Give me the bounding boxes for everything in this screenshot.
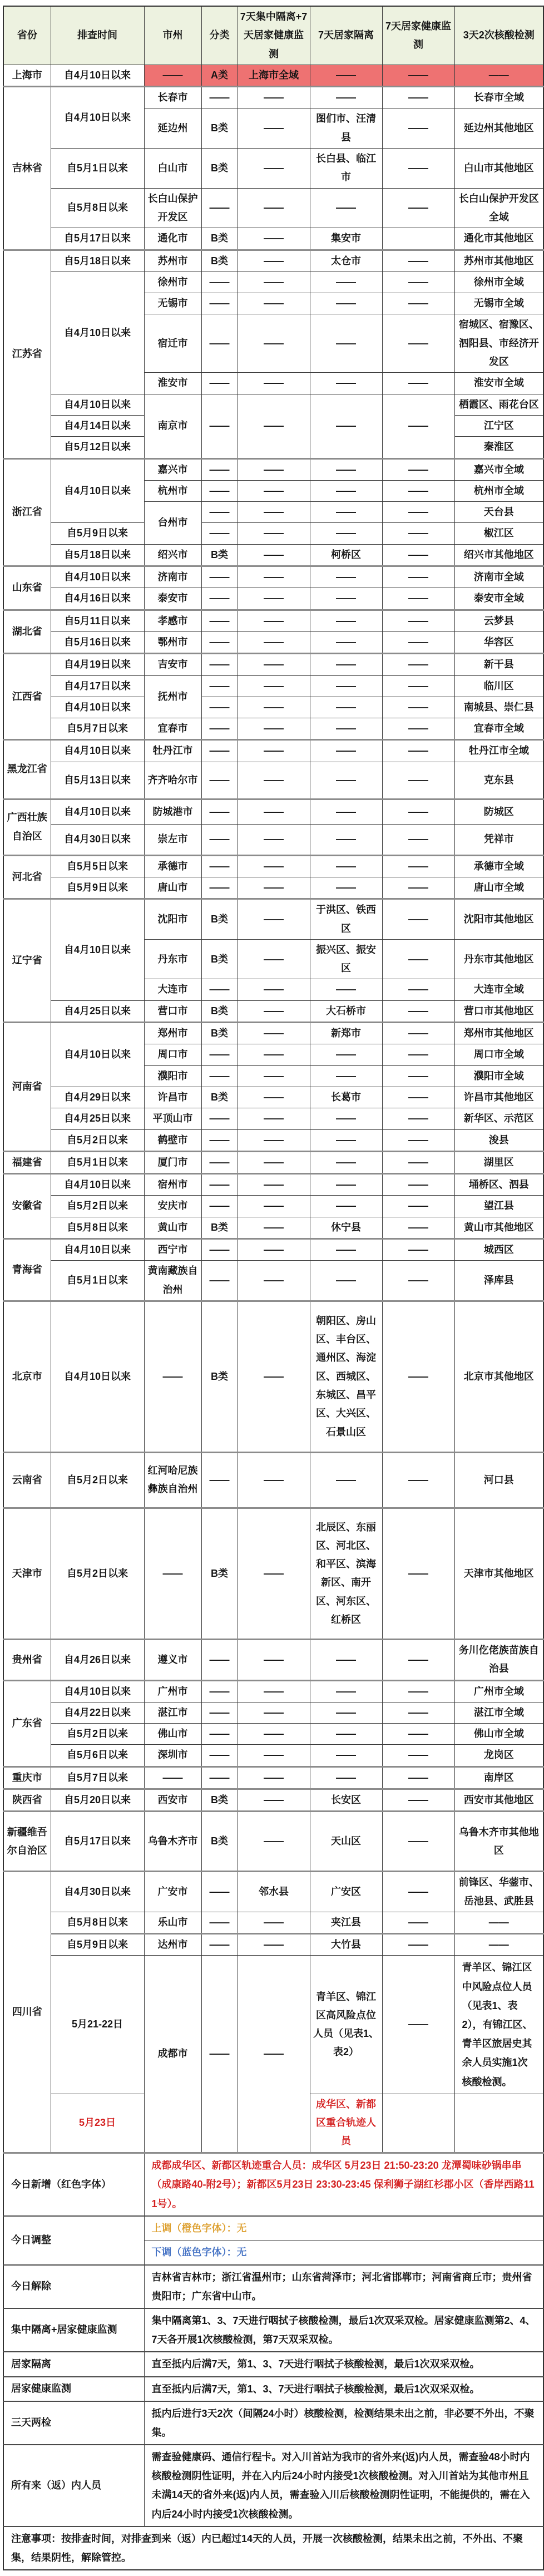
table-cell: —— (382, 314, 454, 373)
table-cell: —— (382, 458, 454, 480)
table-cell: 西安市其他地区 (454, 1789, 543, 1812)
table-cell: —— (238, 1108, 310, 1129)
table-cell: —— (382, 1639, 454, 1680)
table-cell: 厦门市 (144, 1151, 201, 1173)
table-cell: 安庆市 (144, 1196, 201, 1217)
section-label-cell: 居家健康监测 (3, 2377, 144, 2401)
table-row: 上海市自4月10日以来——A类上海市全域—————— (3, 65, 543, 86)
table-cell: 绍兴市 (144, 544, 201, 566)
table-cell: 自4月10日以来 (51, 65, 144, 86)
table-row: 自4月10日以来徐州市————————徐州市全域 (3, 272, 543, 293)
table-cell: —— (310, 523, 382, 544)
table-cell: —— (201, 588, 238, 610)
table-cell: —— (382, 1087, 454, 1108)
table-row: 自5月16日以来鄂州市————————华容区 (3, 631, 543, 653)
table-cell: 防城港市 (144, 799, 201, 824)
table-row: 贵州省自4月26日以来遵义市————————务川仡佬族苗族自治县 (3, 1639, 543, 1680)
table-cell: 天山区 (310, 1812, 382, 1872)
table-cell: 自4月10日以来 (51, 899, 144, 1000)
table-cell: —— (238, 588, 310, 610)
table-cell: —— (238, 610, 310, 631)
table-cell: —— (310, 394, 382, 458)
table-cell: —— (382, 373, 454, 394)
table-row: 自5月6日以来深圳市————————龙岗区 (3, 1745, 543, 1766)
table-cell: B类 (201, 899, 238, 940)
table-cell: 濮阳市 (144, 1065, 201, 1087)
table-cell: 自5月16日以来 (51, 631, 144, 653)
table-row: 自5月2日以来鹤壁市————————浚县 (3, 1129, 543, 1151)
table-cell: —— (201, 697, 238, 718)
section-label-cell: 今日调整 (3, 2216, 144, 2264)
table-cell: 广东省 (3, 1680, 51, 1766)
table-row: 自4月29日以来许昌市B类——长葛市——许昌市其他地区 (3, 1087, 543, 1108)
table-cell: —— (238, 394, 310, 458)
table-cell: —— (201, 87, 238, 108)
table-cell: 杭州市 (144, 480, 201, 501)
table-cell: 浚县 (454, 1129, 543, 1151)
table-cell: —— (238, 675, 310, 697)
table-cell: —— (238, 1239, 310, 1261)
table-cell: 许昌市其他地区 (454, 1087, 543, 1108)
table-row: 自5月9日以来————————椒江区 (3, 523, 543, 544)
column-header-7: 3天2次核酸检测 (454, 6, 543, 65)
table-cell: —— (382, 740, 454, 762)
table-cell: —— (310, 1044, 382, 1065)
table-row: 三天两检抵内后进行3天2次（间隔24小时）核酸检测，检测结果未出之前，非必要不外… (3, 2401, 543, 2445)
table-cell: —— (382, 87, 454, 108)
table-cell: 江苏省 (3, 250, 51, 458)
table-cell: —— (238, 1789, 310, 1812)
table-cell: —— (310, 799, 382, 824)
table-cell: 黑龙江省 (3, 740, 51, 799)
table-cell: 长春市全域 (454, 87, 543, 108)
table-cell: 集中隔离第1、3、7天进行咽拭子核酸检测，最后1次双采双检。居家健康监测第2、4… (144, 2308, 543, 2352)
table-cell: —— (382, 675, 454, 697)
table-cell: —— (238, 1639, 310, 1680)
table-cell: —— (201, 740, 238, 762)
table-cell: 自4月10日以来 (51, 740, 144, 762)
table-cell: 台州市 (144, 502, 201, 545)
table-cell: 大石桥市 (310, 1000, 382, 1022)
table-cell: —— (238, 87, 310, 108)
section-label-cell: 三天两检 (3, 2401, 144, 2445)
table-cell: —— (382, 654, 454, 675)
table-cell: B类 (201, 1508, 238, 1639)
table-row: 居家健康监测直至抵内后满7天，第1、3、7天进行咽拭子核酸检测，最后1次双采双检… (3, 2377, 543, 2401)
table-cell: —— (382, 979, 454, 1000)
table-cell: B类 (201, 1023, 238, 1044)
table-cell: 新疆维吾尔自治区 (3, 1812, 51, 1872)
table-cell: 郑州市其他地区 (454, 1023, 543, 1044)
table-cell: 自4月26日以来 (51, 1639, 144, 1680)
table-cell: —— (310, 458, 382, 480)
table-cell: —— (382, 480, 454, 501)
table-cell: —— (238, 654, 310, 675)
table-cell: 南岸区 (454, 1766, 543, 1789)
table-cell: —— (310, 293, 382, 314)
table-cell: —— (144, 1301, 201, 1452)
table-cell: 集安市 (310, 228, 382, 250)
table-cell: 长春市 (144, 87, 201, 108)
table-row: 辽宁省自4月10日以来沈阳市B类——于洪区、铁西区——沈阳市其他地区 (3, 899, 543, 940)
table-cell: 通化市 (144, 228, 201, 250)
table-cell: 自5月2日以来 (51, 1452, 144, 1508)
table-cell: 白山市 (144, 149, 201, 189)
table-cell: —— (201, 1702, 238, 1723)
table-cell: —— (238, 1812, 310, 1872)
table-cell: 云南省 (3, 1452, 51, 1508)
table-cell: —— (201, 654, 238, 675)
table-cell: —— (238, 373, 310, 394)
table-cell: 湛江市 (144, 1702, 201, 1723)
table-row: 广西壮族自治区自4月10日以来防城港市————————防城区 (3, 799, 543, 824)
table-row: 自4月10日以来南京市————————栖霞区、雨花台区 (3, 394, 543, 415)
table-cell: —— (382, 762, 454, 799)
section-label-cell: 今日解除 (3, 2265, 144, 2308)
table-cell: —— (382, 939, 454, 979)
table-cell: —— (238, 1702, 310, 1723)
table-row: 自5月8日以来长白山保护开发区————————长白山保护开发区全域 (3, 188, 543, 228)
table-cell: 乐山市 (144, 1912, 201, 1933)
table-cell: —— (201, 1912, 238, 1933)
table-cell: 浙江省 (3, 458, 51, 566)
table-row: 自5月1日以来白山市B类——长白县、临江市——白山市其他地区 (3, 149, 543, 189)
table-cell: 平顶山市 (144, 1108, 201, 1129)
table-cell: 新干县 (454, 654, 543, 675)
table-cell: B类 (201, 1301, 238, 1452)
table-row: 自4月25日以来营口市B类——大石桥市——营口市其他地区 (3, 1000, 543, 1022)
table-cell: 鄂州市 (144, 631, 201, 653)
table-cell: —— (201, 394, 238, 458)
table-cell: 自4月29日以来 (51, 1087, 144, 1108)
table-row: 5月21-22日成都市————青羊区、锦江区高风险点位人员（见表1、表2）——青… (3, 1956, 543, 2094)
table-cell: 承德市全域 (454, 855, 543, 877)
table-cell: —— (310, 697, 382, 718)
table-cell: —— (382, 1956, 454, 2094)
table-row: 重庆市自5月7日以来——————————南岸区 (3, 1766, 543, 1789)
table-cell: —— (238, 697, 310, 718)
table-cell: 泽库县 (454, 1261, 543, 1301)
table-cell: 注意事项：按排查时间，对排查到来（返）内已超过14天的人员，开展一次核酸检测，结… (3, 2526, 543, 2570)
table-cell: —— (201, 877, 238, 899)
table-cell: 济南市全域 (454, 566, 543, 588)
table-cell: 埇桥区、泗县 (454, 1174, 543, 1196)
table-cell: —— (201, 1239, 238, 1261)
table-cell: 下调（蓝色字体）：无 (144, 2241, 543, 2265)
table-cell: 自5月8日以来 (51, 188, 144, 228)
table-cell: —— (201, 502, 238, 523)
table-cell: —— (201, 1174, 238, 1196)
table-cell: —— (201, 1934, 238, 1956)
table-cell: 湖里区 (454, 1151, 543, 1173)
table-cell: 无锡市 (144, 293, 201, 314)
table-cell: 丹东市其他地区 (454, 939, 543, 979)
table-cell: 自5月1日以来 (51, 1151, 144, 1173)
table-cell: 自4月10日以来 (51, 87, 144, 149)
table-cell: —— (382, 1196, 454, 1217)
table-cell: 佛山市全域 (454, 1724, 543, 1745)
table-cell: 长安区 (310, 1789, 382, 1812)
table-cell: 自4月25日以来 (51, 1108, 144, 1129)
table-cell: 天津市其他地区 (454, 1508, 543, 1639)
table-cell: —— (382, 1174, 454, 1196)
table-cell: 自4月10日以来 (51, 697, 144, 718)
table-cell: B类 (201, 544, 238, 566)
table-cell: 云梦县 (454, 610, 543, 631)
table-cell: —— (382, 1724, 454, 1745)
table-cell: —— (310, 1108, 382, 1129)
table-cell: —— (310, 566, 382, 588)
table-cell: 自4月25日以来 (51, 1000, 144, 1022)
table-cell: 郑州市 (144, 1023, 201, 1044)
table-cell: 唐山市全域 (454, 877, 543, 899)
table-cell: 孝感市 (144, 610, 201, 631)
table-cell: 青羊区、锦江区高风险点位人员（见表1、表2） (310, 1956, 382, 2094)
table-cell: 自5月8日以来 (51, 1912, 144, 1933)
table-cell: —— (238, 1724, 310, 1745)
table-cell: 自4月14日以来 (51, 415, 144, 436)
table-cell: —— (238, 108, 310, 149)
table-cell: 乌鲁木齐市其他地区 (454, 1812, 543, 1872)
table-cell: —— (310, 272, 382, 293)
table-cell: —— (310, 373, 382, 394)
table-cell: 江西省 (3, 654, 51, 740)
table-cell: —— (382, 65, 454, 86)
table-cell: —— (201, 1724, 238, 1745)
table-row: 居家隔离直至抵内后满7天，第1、3、7天进行咽拭子核酸检测，最后1次双采双检。 (3, 2352, 543, 2376)
table-cell: —— (310, 480, 382, 501)
table-cell: 上调（橙色字体）：无 (144, 2216, 543, 2241)
table-cell: 辽宁省 (3, 899, 51, 1023)
table-cell: 图们市、汪清县 (310, 108, 382, 149)
table-cell: —— (238, 293, 310, 314)
table-cell: —— (201, 1151, 238, 1173)
table-cell: 黄山市 (144, 1217, 201, 1238)
table-cell: —— (382, 272, 454, 293)
table-cell: —— (382, 1766, 454, 1789)
table-cell: 直至抵内后满7天，第1、3、7天进行咽拭子核酸检测，最后1次双采双检。 (144, 2377, 543, 2401)
table-cell: —— (144, 1766, 201, 1789)
table-cell: —— (382, 1301, 454, 1452)
table-cell: B类 (201, 1087, 238, 1108)
table-cell: 广安区 (310, 1872, 382, 1912)
table-cell: —— (238, 740, 310, 762)
table-cell: —— (382, 394, 454, 458)
table-cell: —— (382, 1508, 454, 1639)
table-cell: —— (382, 799, 454, 824)
table-cell: 望江县 (454, 1196, 543, 1217)
table-cell: 自5月2日以来 (51, 1724, 144, 1745)
table-row: 注意事项：按排查时间，对排查到来（返）内已超过14天的人员，开展一次核酸检测，结… (3, 2526, 543, 2570)
table-cell: 苏州市 (144, 250, 201, 272)
table-cell: —— (238, 228, 310, 250)
table-row: 自4月16日以来泰安市————————泰安市全域 (3, 588, 543, 610)
table-cell: —— (201, 1044, 238, 1065)
table-cell: 龙岗区 (454, 1745, 543, 1766)
table-cell: B类 (201, 1217, 238, 1238)
table-cell: —— (382, 1934, 454, 1956)
table-cell: 许昌市 (144, 1087, 201, 1108)
column-header-5: 7天居家隔离 (310, 6, 382, 65)
table-cell: —— (201, 1108, 238, 1129)
table-cell: 崇左市 (144, 824, 201, 855)
table-cell: 休宁县 (310, 1217, 382, 1238)
table-cell: —— (310, 979, 382, 1000)
table-cell: —— (454, 1934, 543, 1956)
section-label-cell: 居家隔离 (3, 2352, 144, 2376)
table-cell: —— (382, 1108, 454, 1129)
table-cell: 自5月17日以来 (51, 1812, 144, 1872)
table-cell: 达州市 (144, 1934, 201, 1956)
table-cell: —— (201, 314, 238, 373)
table-cell: —— (382, 697, 454, 718)
table-cell: 青海省 (3, 1239, 51, 1301)
table-row: 自5月13日以来齐齐哈尔市————————克东县 (3, 762, 543, 799)
table-cell: B类 (201, 228, 238, 250)
table-cell: —— (238, 1151, 310, 1173)
table-cell: —— (238, 188, 310, 228)
table-cell: —— (382, 1065, 454, 1087)
table-cell: —— (310, 65, 382, 86)
table-cell: 宿城区、宿豫区、泗阳县、市经济开发区 (454, 314, 543, 373)
table-cell: 自5月18日以来 (51, 544, 144, 566)
table-cell: —— (238, 1023, 310, 1044)
table-cell: 抚州市 (144, 675, 201, 718)
table-cell: —— (382, 188, 454, 228)
table-cell: 长白县、临江市 (310, 149, 382, 189)
table-cell: —— (382, 1261, 454, 1301)
table-cell: 周口市全域 (454, 1044, 543, 1065)
table-cell: —— (238, 1196, 310, 1217)
table-cell: 南城县、崇仁县 (454, 697, 543, 718)
table-cell: 天津市 (3, 1508, 51, 1639)
table-cell: —— (382, 149, 454, 189)
table-cell: —— (310, 1239, 382, 1261)
table-cell: —— (382, 1812, 454, 1872)
table-cell: 吉安市 (144, 654, 201, 675)
table-cell: —— (382, 566, 454, 588)
table-cell: —— (238, 1934, 310, 1956)
table-cell: —— (238, 1766, 310, 1789)
table-cell: 于洪区、铁西区 (310, 899, 382, 940)
table-cell: 自4月22日以来 (51, 1702, 144, 1723)
table-cell: —— (310, 502, 382, 523)
table-cell: 承德市 (144, 855, 201, 877)
table-cell: —— (382, 1044, 454, 1065)
table-cell: —— (382, 1129, 454, 1151)
table-cell: —— (201, 1680, 238, 1702)
table-cell: —— (382, 855, 454, 877)
table-cell: 自4月10日以来 (51, 394, 144, 415)
table-row: 江西省自4月19日以来吉安市————————新干县 (3, 654, 543, 675)
table-cell: —— (310, 1065, 382, 1087)
table-cell: —— (382, 1000, 454, 1022)
table-cell: —— (201, 188, 238, 228)
table-cell: 朝阳区、房山区、丰台区、通州区、海淀区、西城区、东城区、昌平区、大兴区、石景山区 (310, 1301, 382, 1452)
table-row: 福建省自5月1日以来厦门市————————湖里区 (3, 1151, 543, 1173)
table-cell: 河北省 (3, 855, 51, 899)
table-cell: 青羊区、锦江区中风险点位人员（见表1、表2），有锦江区、青羊区旅居史其余人员实施… (454, 1956, 543, 2094)
table-cell: 柯桥区 (310, 544, 382, 566)
table-cell: —— (382, 1789, 454, 1812)
table-cell: 齐齐哈尔市 (144, 762, 201, 799)
table-cell: 北辰区、东丽区、河北区、和平区、滨海新区、南开区、河东区、红桥区 (310, 1508, 382, 1639)
table-cell: 5月21-22日 (51, 1956, 144, 2094)
table-row: 自5月18日以来绍兴市B类——柯桥区——绍兴市其他地区 (3, 544, 543, 566)
table-cell: —— (201, 1065, 238, 1087)
table-cell: —— (310, 740, 382, 762)
column-header-0: 省份 (3, 6, 51, 65)
table-cell: —— (310, 1724, 382, 1745)
table-cell: B类 (201, 1000, 238, 1022)
table-cell: 深圳市 (144, 1745, 201, 1766)
table-cell: —— (382, 108, 454, 149)
table-cell: 鹤壁市 (144, 1129, 201, 1151)
table-cell: 凭祥市 (454, 824, 543, 855)
table-cell: 嘉兴市全域 (454, 458, 543, 480)
table-cell: —— (201, 373, 238, 394)
table-cell: —— (144, 1508, 201, 1639)
table-cell: 自4月30日以来 (51, 1872, 144, 1912)
table-cell: 自5月6日以来 (51, 1745, 144, 1766)
table-cell: 成都市 (144, 1956, 201, 2153)
column-header-2: 市州 (144, 6, 201, 65)
table-cell: —— (238, 149, 310, 189)
table-row: 云南省自5月2日以来红河哈尼族彝族自治州————————河口县 (3, 1452, 543, 1508)
table-cell: 太仓市 (310, 250, 382, 272)
table-cell: 江宁区 (454, 415, 543, 436)
table-cell: 直至抵内后满7天，第1、3、7天进行咽拭子核酸检测，最后1次双采双检。 (144, 2352, 543, 2376)
table-cell: 宿迁市 (144, 314, 201, 373)
table-cell: —— (310, 1766, 382, 1789)
table-cell: B类 (201, 149, 238, 189)
table-cell: —— (382, 523, 454, 544)
table-cell: —— (382, 631, 454, 653)
section-label-cell: 集中隔离+居家健康监测 (3, 2308, 144, 2352)
table-row: 所有来（返）内人员需查验健康码、通信行程卡。对入川首站为我市的省外来(返)内人员… (3, 2445, 543, 2526)
table-cell: —— (238, 824, 310, 855)
table-cell: 广安市 (144, 1872, 201, 1912)
table-cell: 上海市全域 (238, 65, 310, 86)
table-cell: —— (238, 1129, 310, 1151)
table-cell: 栖霞区、雨花台区 (454, 394, 543, 415)
quarantine-policy-table: 省份排查时间市州分类7天集中隔离+7天居家健康监测7天居家隔离7天居家健康监测3… (3, 6, 544, 2570)
table-cell: —— (310, 188, 382, 228)
table-cell: 牡丹江市 (144, 740, 201, 762)
table-cell: 乌鲁木齐市 (144, 1812, 201, 1872)
table-cell: —— (238, 855, 310, 877)
table-cell: —— (454, 1912, 543, 1933)
table-cell: —— (382, 1872, 454, 1912)
table-cell: —— (310, 631, 382, 653)
table-row: 山东省自4月10日以来济南市————————济南市全域 (3, 566, 543, 588)
table-cell: —— (382, 718, 454, 740)
table-row: 江苏省自5月18日以来苏州市B类——太仓市——苏州市其他地区 (3, 250, 543, 272)
table-cell: —— (382, 293, 454, 314)
table-cell: —— (238, 1301, 310, 1452)
table-cell: —— (382, 824, 454, 855)
table-cell: —— (310, 1680, 382, 1702)
table-cell: —— (201, 610, 238, 631)
table-cell: —— (310, 1452, 382, 1508)
table-cell: 大连市全域 (454, 979, 543, 1000)
table-cell: 河南省 (3, 1023, 51, 1152)
table-cell: —— (310, 1129, 382, 1151)
table-cell: 自4月10日以来 (51, 1301, 144, 1452)
table-row: 安徽省自4月10日以来宿州市————————埇桥区、泗县 (3, 1174, 543, 1196)
table-cell: 防城区 (454, 799, 543, 824)
table-cell: —— (382, 1239, 454, 1261)
